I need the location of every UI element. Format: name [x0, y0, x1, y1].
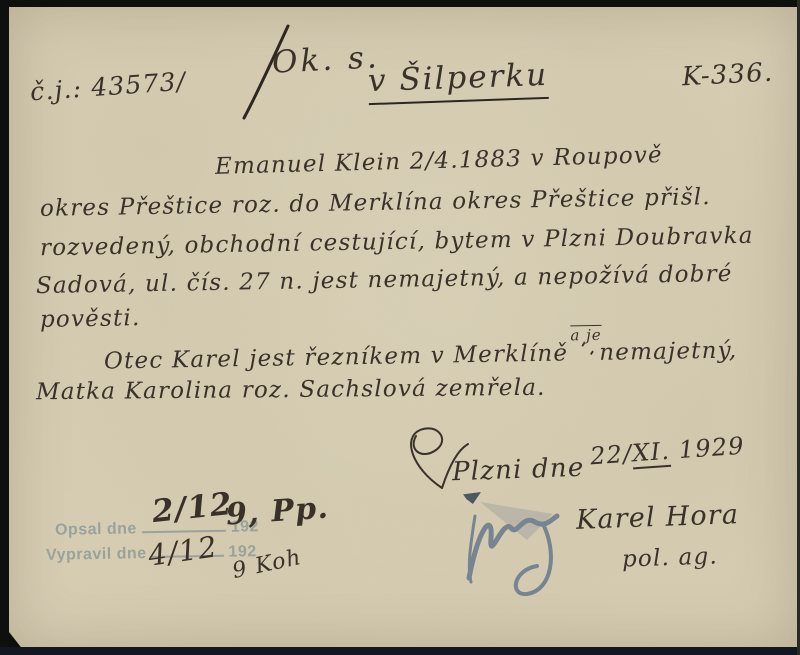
date-year: 1929: [678, 432, 746, 465]
court-place-text: v Šilperku: [367, 57, 549, 105]
caret-icon: [578, 342, 594, 360]
handwritten-line: pověsti.: [40, 305, 141, 333]
insertion-mark: a je: [577, 350, 591, 360]
signer-title: pol. ag.: [622, 543, 719, 572]
line-text-after-insertion: nemajetný,: [599, 337, 737, 365]
stamp-opsal-label: Opsal dne: [55, 520, 137, 538]
blue-scrawl-signature-icon: [455, 482, 585, 606]
stamp-vypravil-label: Vypravil dne: [46, 545, 147, 564]
handwritten-line: Matka Karolina roz. Sachslová zemřela.: [36, 375, 546, 405]
court-place: v Šilperku: [367, 57, 548, 99]
date-month: XI.: [631, 437, 671, 470]
file-code: K-336.: [681, 58, 774, 93]
handwritten-opsal-completion: 9, Pp.: [225, 490, 330, 532]
court-abbreviation: Ok. s.: [271, 39, 380, 81]
scan-edge-top: [0, 0, 800, 7]
inserted-text: a je: [570, 326, 602, 345]
signer-name: Karel Hora: [576, 499, 740, 536]
document-scan: č.j.: 43573/ Ok. s. v Šilperku K-336. Em…: [0, 0, 800, 655]
date-day: 22/: [589, 439, 633, 470]
scan-edge-left: [0, 0, 9, 655]
scan-edge-bottom: [0, 647, 800, 655]
